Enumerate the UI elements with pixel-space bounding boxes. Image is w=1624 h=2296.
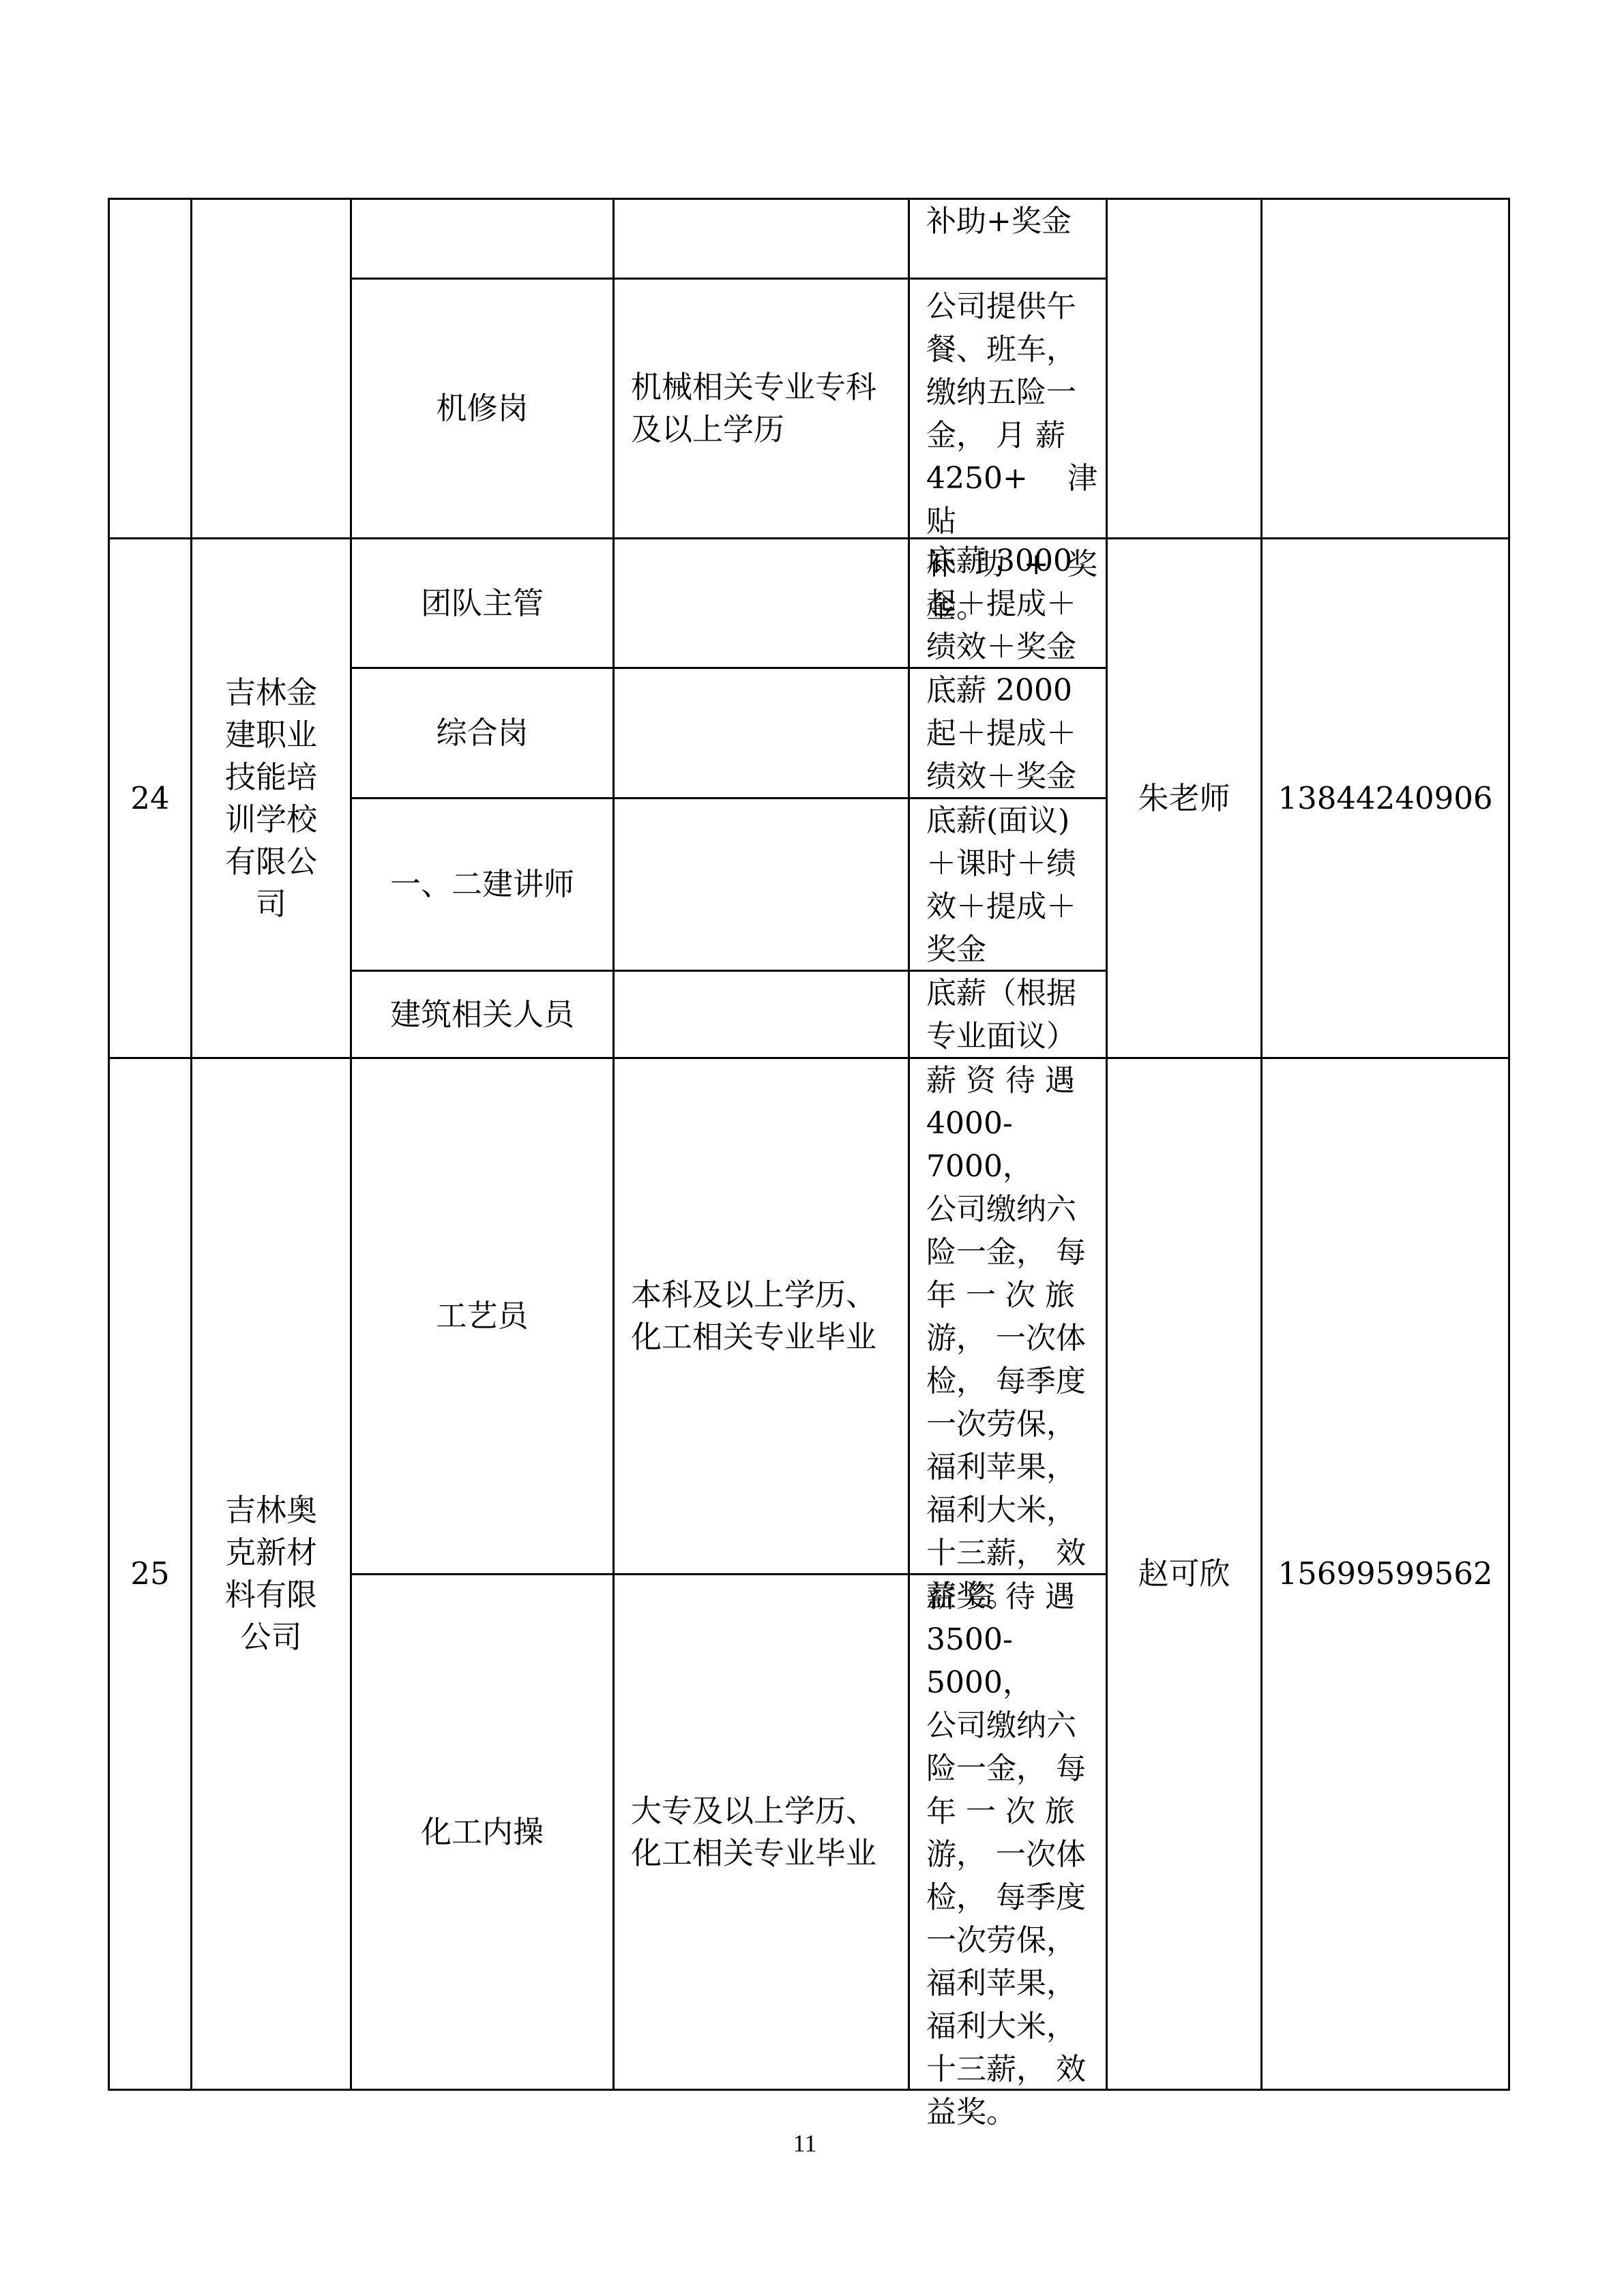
requirement-cell [612, 797, 910, 972]
index-text: 25 [130, 1553, 169, 1595]
benefit-cell: 底薪 2000 起＋提成＋ 绩效＋奖金 [908, 667, 1108, 799]
requirement-cell: 机械相关专业专科 及以上学历 [612, 278, 910, 539]
benefit-cell: 公司提供午 餐、班车， 缴纳五险一 金， 月 薪 4250+ 津 贴 补助+奖金… [908, 278, 1108, 539]
index-text: 24 [130, 777, 169, 820]
index-cell: 24 [108, 537, 192, 1059]
requirement-text: 机械相关专业专科 及以上学历 [631, 366, 876, 451]
company-cell [190, 198, 352, 539]
benefit-cell: 补助+奖金 [908, 198, 1108, 280]
position-cell: 机修岗 [350, 278, 615, 539]
company-name: 吉林奥 克新材 料有限 公司 [213, 1489, 329, 1658]
contact-cell [1106, 198, 1263, 539]
position-text: 建筑相关人员 [390, 994, 574, 1036]
contact-cell: 朱老师 [1106, 537, 1263, 1059]
requirement-text: 本科及以上学历、 化工相关专业毕业 [631, 1274, 876, 1358]
requirement-cell: 大专及以上学历、 化工相关专业毕业 [612, 1573, 910, 2091]
phone-number: 15699599562 [1278, 1553, 1493, 1595]
position-cell: 团队主管 [350, 537, 615, 669]
contact-name: 朱老师 [1138, 777, 1230, 820]
company-cell: 吉林金 建职业 技能培 训学校 有限公 司 [190, 537, 352, 1059]
requirement-cell [612, 198, 910, 280]
position-text: 化工内操 [421, 1811, 544, 1853]
company-name: 吉林金 建职业 技能培 训学校 有限公 司 [213, 672, 329, 925]
position-cell: 化工内操 [350, 1573, 615, 2091]
benefit-text: 薪 资 待 遇 4000-7000， 公司缴纳六 险一金， 每 年 一 次 旅 … [926, 1059, 1097, 1617]
phone-number: 13844240906 [1278, 777, 1493, 820]
position-text: 机修岗 [436, 387, 528, 430]
position-text: 一、二建讲师 [390, 863, 574, 906]
requirement-cell [612, 970, 910, 1059]
company-cell: 吉林奥 克新材 料有限 公司 [190, 1057, 352, 2091]
requirement-text: 大专及以上学历、 化工相关专业毕业 [631, 1790, 876, 1875]
benefit-cell: 底薪 3000 起＋提成＋ 绩效＋奖金 [908, 537, 1108, 669]
index-cell: 25 [108, 1057, 192, 2091]
benefit-cell: 底薪(面议) ＋课时＋绩 效＋提成＋ 奖金 [908, 797, 1108, 972]
benefit-cell: 底薪（根据 专业面议） [908, 970, 1108, 1059]
requirement-cell: 本科及以上学历、 化工相关专业毕业 [612, 1057, 910, 1575]
position-text: 综合岗 [436, 712, 528, 754]
requirement-cell [612, 667, 910, 799]
contact-cell: 赵可欣 [1106, 1057, 1263, 2091]
position-cell: 综合岗 [350, 667, 615, 799]
index-cell [108, 198, 192, 539]
position-cell: 建筑相关人员 [350, 970, 615, 1059]
benefit-text: 薪 资 待 遇 3500-5000， 公司缴纳六 险一金， 每 年 一 次 旅 … [926, 1575, 1097, 2134]
benefit-cell: 薪 资 待 遇 4000-7000， 公司缴纳六 险一金， 每 年 一 次 旅 … [908, 1057, 1108, 1575]
phone-cell: 15699599562 [1260, 1057, 1510, 2091]
phone-cell: 13844240906 [1260, 537, 1510, 1059]
position-text: 工艺员 [436, 1295, 528, 1337]
benefit-text: 补助+奖金 [926, 200, 1072, 243]
document-page: 补助+奖金 机修岗 机械相关专业专科 及以上学历 公司提供午 餐、班车， 缴纳五… [0, 0, 1624, 2296]
benefit-text: 底薪 2000 起＋提成＋ 绩效＋奖金 [926, 669, 1076, 798]
page-number: 11 [778, 2129, 832, 2158]
phone-cell [1260, 198, 1510, 539]
position-cell [350, 198, 615, 280]
benefit-text: 底薪(面议) ＋课时＋绩 效＋提成＋ 奖金 [926, 799, 1076, 971]
benefit-cell: 薪 资 待 遇 3500-5000， 公司缴纳六 险一金， 每 年 一 次 旅 … [908, 1573, 1108, 2091]
position-cell: 一、二建讲师 [350, 797, 615, 972]
requirement-cell [612, 537, 910, 669]
position-text: 团队主管 [421, 582, 544, 625]
benefit-text: 底薪 3000 起＋提成＋ 绩效＋奖金 [926, 539, 1076, 668]
position-cell: 工艺员 [350, 1057, 615, 1575]
contact-name: 赵可欣 [1138, 1553, 1230, 1595]
benefit-text: 底薪（根据 专业面议） [926, 972, 1076, 1058]
